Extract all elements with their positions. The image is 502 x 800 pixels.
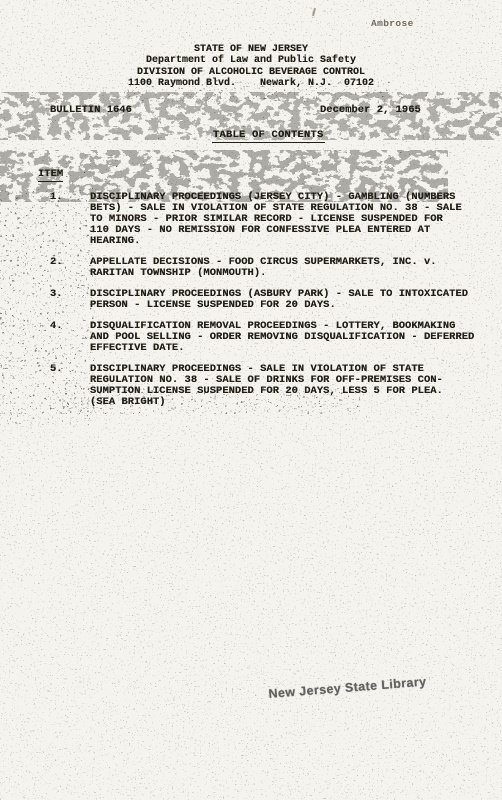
toc-item-2: 2. APPELLATE DECISIONS - FOOD CIRCUS SUP… [0, 257, 502, 279]
toc-item-text: DISCIPLINARY PROCEEDINGS (JERSEY CITY) -… [90, 192, 502, 247]
letterhead: STATE OF NEW JERSEY Department of Law an… [0, 44, 502, 90]
item-column-heading: ITEM [38, 168, 63, 182]
toc-item-4: 4. DISQUALIFICATION REMOVAL PROCEEDINGS … [0, 321, 502, 354]
library-stamp: New Jersey State Library [268, 675, 427, 701]
toc-item-text: DISQUALIFICATION REMOVAL PROCEEDINGS - L… [90, 321, 502, 354]
toc-item-5: 5. DISCIPLINARY PROCEEDINGS - SALE IN VI… [0, 364, 502, 408]
toc-item-number: 4. [50, 321, 63, 332]
bulletin-date: December 2, 1965 [320, 104, 421, 116]
toc-list: 1. DISCIPLINARY PROCEEDINGS (JERSEY CITY… [0, 192, 502, 418]
toc-item-text: DISCIPLINARY PROCEEDINGS - SALE IN VIOLA… [90, 364, 502, 408]
letterhead-department: Department of Law and Public Safety [0, 55, 502, 66]
bulletin-number: BULLETIN 1646 [50, 104, 132, 116]
letterhead-division: DIVISION OF ALCOHOLIC BEVERAGE CONTROL [0, 67, 502, 78]
letterhead-address: 1100 Raymond Blvd. Newark, N.J. 07102 [0, 78, 502, 89]
toc-item-number: 3. [50, 289, 63, 300]
toc-item-3: 3. DISCIPLINARY PROCEEDINGS (ASBURY PARK… [0, 289, 502, 311]
toc-item-number: 2. [50, 257, 63, 268]
toc-item-text: APPELLATE DECISIONS - FOOD CIRCUS SUPERM… [90, 257, 502, 279]
table-of-contents-title: TABLE OF CONTENTS [212, 129, 325, 143]
toc-item-number: 1. [50, 192, 63, 203]
annotation-ambrose: Ambrose [371, 18, 414, 29]
scanned-bulletin-page: Ambrose STATE OF NEW JERSEY Department o… [0, 0, 502, 800]
stray-pen-mark [312, 8, 316, 16]
toc-item-1: 1. DISCIPLINARY PROCEEDINGS (JERSEY CITY… [0, 192, 502, 247]
letterhead-state: STATE OF NEW JERSEY [0, 44, 502, 55]
toc-item-number: 5. [50, 364, 63, 375]
toc-item-text: DISCIPLINARY PROCEEDINGS (ASBURY PARK) -… [90, 289, 502, 311]
